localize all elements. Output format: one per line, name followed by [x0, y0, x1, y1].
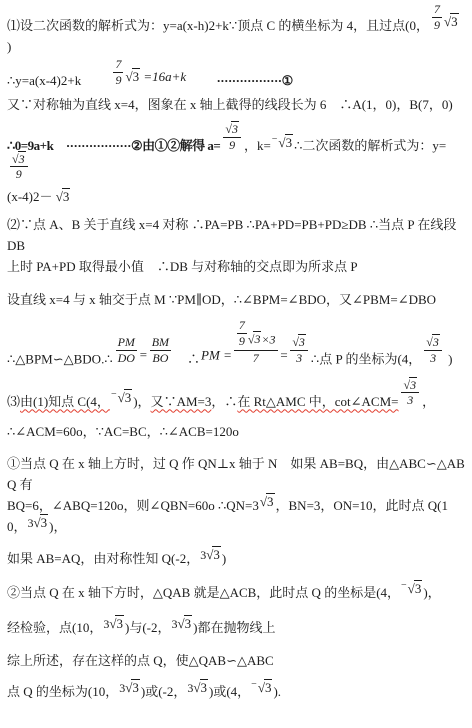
- math-text-run: =: [139, 348, 148, 363]
- spellchecked-text-run: 在 Rt△AMC 中，cot∠ACM=: [237, 394, 398, 409]
- fraction-numerator: 7: [432, 3, 442, 18]
- case2-below-axis-line: ②当点 Q 在 x 轴下方时，△QAB 就是△ACB，此时点 Q 的坐标是(4，…: [7, 582, 467, 603]
- math-text-run: ×3: [261, 332, 275, 346]
- text-run: [187, 73, 216, 88]
- text-run: 9: [115, 73, 121, 87]
- fraction-numerator: √3: [401, 379, 419, 394]
- fraction-denominator: 9: [113, 73, 123, 87]
- raised-math-group: −√3: [401, 581, 422, 595]
- superscript-minus: −: [251, 679, 257, 690]
- superscript-minus: −: [272, 134, 278, 145]
- radicand: 3: [212, 546, 221, 562]
- raised-math-group: 3√3: [200, 548, 221, 561]
- radical-sign-icon: √: [12, 152, 18, 166]
- raised-math-group: PMDO=BMBO: [114, 336, 173, 364]
- text-run: ⑴设二次函数的解析式为：y=a(x-h)2+k∵顶点 C 的横坐标为 4，且过点…: [7, 18, 429, 33]
- sqrt-radical: √3: [34, 514, 49, 530]
- fraction-denominator: BO: [150, 351, 171, 365]
- text-run: 7: [239, 318, 245, 332]
- text-run: )，: [49, 519, 66, 534]
- fraction: 79: [237, 319, 247, 349]
- step3-angles-line: ∴∠ACM=60o，∵AC=BC，∴∠ACB=120o: [7, 421, 467, 442]
- text-run: (x-4)2－: [7, 189, 56, 204]
- radicand: 3: [18, 151, 26, 166]
- text-run: ·················①: [216, 73, 292, 88]
- fraction: BMBO: [150, 336, 171, 364]
- radicand: 3: [124, 389, 133, 405]
- sqrt-radical: √3: [408, 580, 423, 596]
- spellchecked-text-run: 由(1)知点 C(4，: [20, 394, 110, 409]
- text-run: 3: [407, 393, 413, 407]
- text-run: ②当点 Q 在 x 轴下方时，△QAB 就是△ACB，此时点 Q 的坐标是(4，: [7, 585, 400, 600]
- raised-math-group: 3√3: [119, 681, 140, 694]
- conclusion-coordinates-line: 点 Q 的坐标为(10，3√3)或(-2，3√3)或(4，−√3).: [7, 681, 467, 702]
- text-run: 经检验，点(10，: [7, 620, 102, 635]
- text-run: 7: [434, 2, 440, 16]
- text-run: ∴0=9a+k ·················②由①②解得 a=: [7, 139, 220, 154]
- fraction: √39: [223, 123, 241, 151]
- fraction-denominator: 9: [223, 138, 241, 152]
- math-text-run: BM: [152, 335, 169, 349]
- text-run: 9: [434, 18, 440, 32]
- text-run: )与(-2，: [125, 620, 171, 635]
- radicand: 3: [450, 13, 459, 29]
- text-run: 综上所述，存在这样的点 Q，使△QAB∽△ABC: [7, 653, 274, 668]
- math-text-run: 7: [253, 351, 259, 365]
- raised-math-group: −√3: [272, 135, 293, 149]
- fraction-denominator: 9: [432, 18, 442, 32]
- sqrt-radical: √3: [177, 615, 192, 631]
- text-run: ∴y=a(x-4)2+k: [7, 73, 110, 88]
- sqrt-radical: √3: [12, 151, 26, 166]
- sqrt-radical: √3: [403, 377, 417, 392]
- raised-math-group: √3: [260, 495, 275, 508]
- math-text-run: PM: [118, 335, 135, 349]
- text-run: ，∴: [211, 394, 237, 409]
- text-run: 设直线 x=4 与 x 轴交于点 M ∵PM∥OD，∴∠BPM=∠BDO，又∠P…: [7, 292, 436, 307]
- text-run: 如果 AB=AQ，由对称性知 Q(-2，: [7, 551, 199, 566]
- radical-sign-icon: √: [125, 69, 131, 84]
- raised-math-group: 3√3: [171, 617, 192, 630]
- fraction-numerator: BM: [150, 336, 171, 351]
- text-run: )都在抛物线上: [193, 620, 275, 635]
- fraction-numerator: √3: [223, 123, 241, 138]
- sqrt-radical: √3: [258, 679, 273, 695]
- radicand: 3: [264, 679, 273, 695]
- step1-equation1-line: ∴y=a(x-4)2+k 79√3 =16a+k ···············…: [7, 62, 467, 91]
- fraction: PMDO: [116, 336, 137, 364]
- text-run: 9: [16, 167, 22, 181]
- raised-math-group: −√3: [111, 390, 132, 404]
- radicand: 3: [298, 334, 306, 349]
- conclusion-exists-line: 综上所述，存在这样的点 Q，使△QAB∽△ABC: [7, 650, 467, 671]
- sqrt-radical: √3: [56, 188, 71, 204]
- text-run: ): [222, 551, 226, 566]
- fraction-numerator: √3: [424, 336, 442, 351]
- radical-sign-icon: √: [118, 390, 124, 405]
- radicand: 3: [62, 188, 71, 204]
- step1-setup-line: ⑴设二次函数的解析式为：y=a(x-h)2+k∵顶点 C 的横坐标为 4，且过点…: [7, 7, 467, 57]
- fraction: 79√3×37: [234, 319, 278, 365]
- text-run: ∴点 P 的坐标为(4，: [311, 352, 421, 367]
- text-run: ∴二次函数的解析式为：y=: [294, 139, 446, 154]
- radical-sign-icon: √: [56, 189, 62, 204]
- text-run: 上时 PA+PD 取得最小值 ∴DB 与对称轴的交点即为所求点 P: [7, 259, 358, 274]
- fraction: 79: [432, 3, 442, 31]
- raised-math-group: 79√3 =16a+k: [111, 58, 186, 86]
- text-run: )，: [133, 394, 150, 409]
- fraction-numerator: √3: [10, 153, 28, 168]
- sqrt-radical: √3: [125, 68, 140, 84]
- fraction: √33: [424, 336, 442, 364]
- radical-sign-icon: √: [193, 680, 199, 695]
- text-run: )，: [423, 585, 440, 600]
- fraction-numerator: √3: [290, 336, 308, 351]
- step3-point-c-line: ⑶由(1)知点 C(4，−√3)，又∵AM=3，∴在 Rt△AMC 中，cot∠…: [7, 383, 467, 412]
- text-run: ∴△BPM∽△BDO.∴: [7, 352, 113, 367]
- step2-symmetry-lines: ⑵∵点 A、B 关于直线 x=4 对称 ∴PA=PB ∴PA+PD=PB+PD≥…: [7, 214, 467, 277]
- step2-similar-triangles-line: ∴△BPM∽△BDO.∴PMDO=BMBO ∴PM =79√3×37=√33∴点…: [7, 323, 467, 370]
- radicand: 3: [40, 514, 49, 530]
- text-run: ①当点 Q 在 x 轴上方时，过 Q 作 QN⊥x 轴于 N 如果 AB=BQ，…: [7, 456, 465, 492]
- sqrt-radical: √3: [278, 134, 293, 150]
- sqrt-radical: √3: [426, 334, 440, 349]
- sqrt-radical: √3: [225, 121, 239, 136]
- math-text-run: BO: [152, 351, 168, 365]
- radicand: 3: [266, 493, 275, 509]
- fraction-denominator: 3: [401, 393, 419, 407]
- fraction-numerator: 79√3×3: [234, 319, 278, 351]
- text-run: 9: [239, 334, 245, 348]
- solution-document: ⑴设二次函数的解析式为：y=a(x-h)2+k∵顶点 C 的横坐标为 4，且过点…: [0, 0, 472, 728]
- sqrt-radical: √3: [125, 679, 140, 695]
- math-text-run: 3: [296, 351, 302, 365]
- sqrt-radical: √3: [118, 389, 133, 405]
- text-run: 点 Q 的坐标为(10，: [7, 684, 118, 699]
- fraction-numerator: 7: [237, 319, 247, 335]
- text-run: 9: [229, 138, 235, 152]
- text-run: ⑶: [7, 394, 20, 409]
- math-text-run: =: [280, 348, 289, 363]
- text-run: ∴: [174, 352, 200, 367]
- radicand: 3: [231, 121, 239, 136]
- fraction-denominator: DO: [116, 351, 137, 365]
- radicand: 3: [184, 615, 193, 631]
- text-run: 3: [430, 351, 436, 365]
- math-text-run: DO: [118, 351, 135, 365]
- text-run: ).: [273, 684, 281, 699]
- radical-sign-icon: √: [177, 616, 183, 631]
- text-run: ，k=: [244, 139, 271, 154]
- fraction: √33: [290, 336, 308, 364]
- fraction-denominator: 3: [290, 351, 308, 365]
- text-run: )或(4，: [209, 684, 250, 699]
- raised-math-group: √39: [8, 153, 30, 181]
- case1-symmetry-line: 如果 AB=AQ，由对称性知 Q(-2，3√3): [7, 548, 467, 569]
- text-run: 又∵对称轴为直线 x=4，图象在 x 轴上截得的线段长为 6 ∴A(1，0)，B…: [7, 97, 453, 112]
- sqrt-radical: √3: [248, 331, 262, 346]
- spellchecked-text-run: 又∵AM=3: [151, 394, 212, 409]
- text-run: BQ=6，∠ABQ=120o，则∠QBN=60o ∴QN=3: [7, 498, 259, 513]
- text-run: ⑵∵点 A、B 关于直线 x=4 对称 ∴PA=PB ∴PA+PD=PB+PD≥…: [7, 217, 460, 253]
- sqrt-radical: √3: [206, 546, 221, 562]
- radicand: 3: [432, 334, 440, 349]
- radical-sign-icon: √: [34, 515, 40, 530]
- raised-math-group: √33: [422, 336, 444, 364]
- radicand: 3: [115, 615, 124, 631]
- fraction-denominator: 7: [234, 351, 278, 365]
- radicand: 3: [132, 68, 141, 84]
- radicand: 3: [200, 679, 209, 695]
- math-text-run: =16a+k: [140, 69, 186, 84]
- raised-math-group: PM =79√3×37=√33: [201, 319, 310, 365]
- raised-math-group: 3√3: [28, 516, 49, 529]
- verification-line: 经检验，点(10，3√3)与(-2，3√3)都在抛物线上: [7, 617, 467, 638]
- raised-math-group: 3√3: [103, 617, 124, 630]
- text-run: ，: [422, 394, 435, 409]
- fraction: 79: [113, 58, 123, 86]
- radicand: 3: [131, 679, 140, 695]
- fraction: √39: [10, 153, 28, 181]
- sqrt-radical: √3: [292, 334, 306, 349]
- radical-sign-icon: √: [278, 135, 284, 150]
- text-run: )或(-2，: [141, 684, 187, 699]
- superscript-minus: −: [111, 389, 117, 400]
- text-run: ∴∠ACM=60o，∵AC=BC，∴∠ACB=120o: [7, 424, 239, 439]
- text-run: 7: [115, 57, 121, 71]
- step2-line-m: 设直线 x=4 与 x 轴交于点 M ∵PM∥OD，∴∠BPM=∠BDO，又∠P…: [7, 289, 467, 310]
- superscript-minus: −: [401, 580, 407, 591]
- radicand: 3: [409, 377, 417, 392]
- step1-axis-line: 又∵对称轴为直线 x=4，图象在 x 轴上截得的线段长为 6 ∴A(1，0)，B…: [7, 94, 467, 115]
- radicand: 3: [414, 580, 423, 596]
- case1-above-axis-lines: ①当点 Q 在 x 轴上方时，过 Q 作 QN⊥x 轴于 N 如果 AB=BQ，…: [7, 453, 467, 537]
- radicand: 3: [285, 134, 294, 150]
- fraction-numerator: 7: [113, 58, 123, 73]
- fraction-denominator: 9: [237, 334, 247, 349]
- fraction-numerator: PM: [116, 336, 137, 351]
- raised-math-group: 3√3: [187, 681, 208, 694]
- raised-math-group: −√3: [251, 680, 272, 694]
- sqrt-radical: √3: [260, 493, 275, 509]
- fraction-denominator: 3: [424, 351, 442, 365]
- fraction: √33: [401, 379, 419, 407]
- fraction-denominator: 9: [10, 167, 28, 181]
- text-run: ): [445, 352, 453, 367]
- radical-sign-icon: √: [408, 581, 414, 596]
- sqrt-radical: √3: [444, 13, 459, 29]
- raised-math-group: √33: [399, 379, 421, 407]
- step1-solve-line: ∴0=9a+k ·················②由①②解得 a=√39，k=…: [7, 127, 467, 206]
- math-text-run: PM =: [201, 348, 232, 363]
- raised-math-group: 79√3: [430, 3, 459, 31]
- sqrt-radical: √3: [109, 615, 124, 631]
- sqrt-radical: √3: [193, 679, 208, 695]
- raised-math-group: √39: [221, 123, 243, 151]
